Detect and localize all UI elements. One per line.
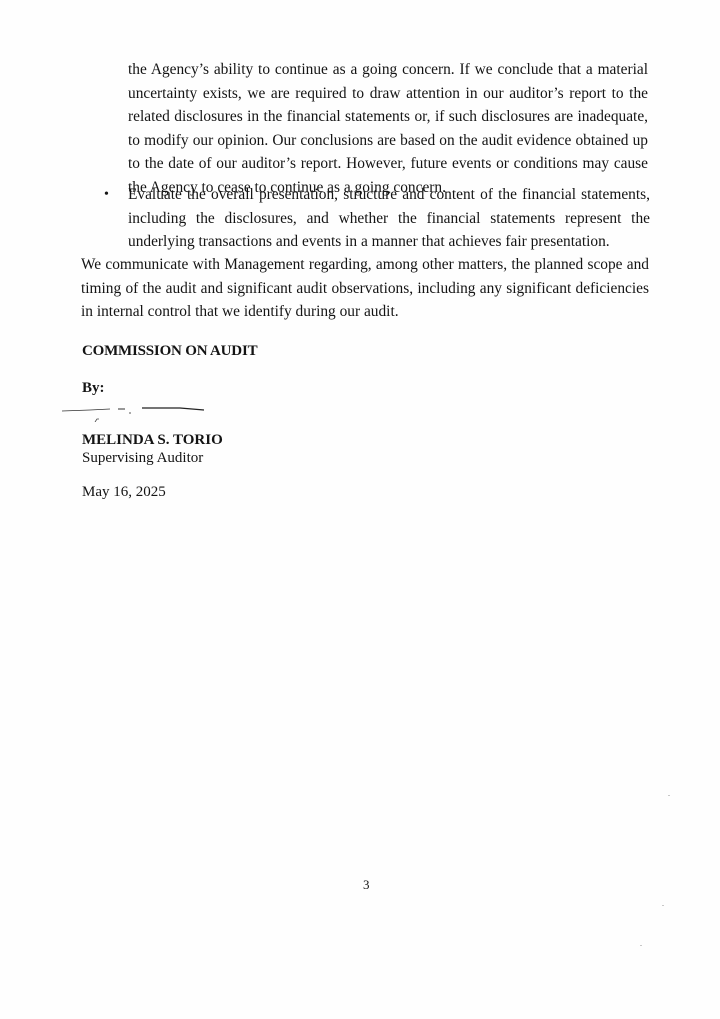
scan-speck (662, 905, 664, 906)
bullet-text: Evaluate the overall presentation, struc… (128, 183, 650, 254)
signature-date: May 16, 2025 (82, 484, 166, 501)
communication-paragraph: We communicate with Management regarding… (81, 253, 649, 324)
bullet-icon: • (104, 183, 109, 207)
by-label: By: (82, 380, 105, 397)
going-concern-paragraph: the Agency’s ability to continue as a go… (128, 58, 648, 200)
scan-speck (640, 945, 642, 946)
page-number: 3 (363, 877, 370, 893)
signer-name: MELINDA S. TORIO (82, 432, 223, 449)
signer-title: Supervising Auditor (82, 450, 203, 467)
organization-name: COMMISSION ON AUDIT (82, 343, 257, 360)
signature-line-icon (60, 402, 210, 422)
scan-speck (668, 795, 670, 796)
bullet-item-evaluate: • Evaluate the overall presentation, str… (104, 183, 650, 254)
document-page: the Agency’s ability to continue as a go… (0, 0, 720, 1019)
